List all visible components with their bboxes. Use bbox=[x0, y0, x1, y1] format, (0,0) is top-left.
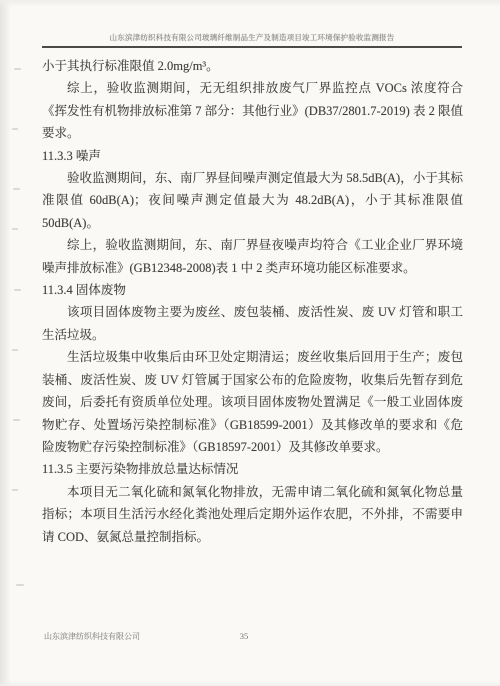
section-heading-11-3-3: 11.3.3 噪声 bbox=[42, 145, 463, 167]
scan-edge-shadow-bottom bbox=[0, 681, 500, 686]
scan-artifact bbox=[14, 289, 21, 291]
page-header-title: 山东滨津纺织科技有限公司玻璃纤维制品生产及制造项目竣工环境保护验收监测报告 bbox=[40, 32, 464, 43]
footer-page-number: 35 bbox=[42, 631, 446, 641]
header-rule bbox=[42, 46, 462, 48]
scan-artifact bbox=[13, 188, 20, 190]
scan-artifact bbox=[12, 228, 18, 230]
scan-artifact bbox=[16, 584, 24, 586]
body-paragraph: 该项目固体废物主要为废丝、废包装桶、废活性炭、废 UV 灯管和职工生活垃圾。 bbox=[42, 301, 463, 346]
body-paragraph: 综上，验收监测期间，东、南厂界昼夜噪声均符合《工业企业厂界环境噪声排放标准》(G… bbox=[42, 234, 463, 279]
body-paragraph: 验收监测期间，东、南厂界昼间噪声测定值最大为 58.5dB(A)，小于其标准限值… bbox=[42, 167, 463, 234]
scan-artifact bbox=[12, 128, 18, 130]
scan-artifact bbox=[14, 68, 21, 70]
document-body: 小于其执行标准限值 2.0mg/m³。 综上，验收监测期间，无无组织排放废气厂界… bbox=[42, 55, 463, 548]
scan-edge-shadow-top bbox=[0, 0, 500, 7]
section-heading-11-3-5: 11.3.5 主要污染物排放总量达标情况 bbox=[42, 458, 463, 480]
body-paragraph: 生活垃圾集中收集后由环卫处定期清运；废丝收集后回用于生产；废包装桶、废活性炭、废… bbox=[42, 346, 463, 458]
body-paragraph-continuation: 小于其执行标准限值 2.0mg/m³。 bbox=[42, 55, 463, 77]
scan-edge-shadow-left bbox=[0, 0, 11, 686]
body-paragraph: 本项目无二氧化硫和氮氧化物排放，无需申请二氧化硫和氮氧化物总量指标；本项目生活污… bbox=[42, 481, 463, 548]
section-heading-11-3-4: 11.3.4 固体废物 bbox=[42, 279, 463, 301]
scan-artifact bbox=[12, 489, 18, 491]
scan-artifact bbox=[12, 349, 18, 351]
scan-artifact bbox=[13, 419, 20, 421]
scanned-report-page: { "header": { "title": "山东滨津纺织科技有限公司玻璃纤维… bbox=[0, 0, 500, 686]
body-paragraph: 综上，验收监测期间，无无组织排放废气厂界监控点 VOCs 浓度符合《挥发性有机物… bbox=[42, 77, 463, 144]
